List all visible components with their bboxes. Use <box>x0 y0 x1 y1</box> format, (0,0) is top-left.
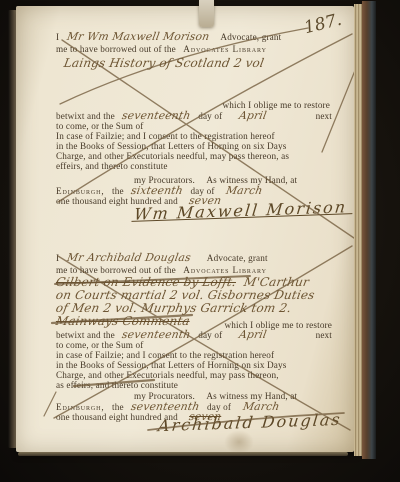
book-fore-edge <box>354 4 362 456</box>
entry1-signature: Wm Maxwell Morison <box>131 202 353 222</box>
entry2-book-line-4: Mainways Commenta which I oblige me to r… <box>56 316 342 327</box>
entry2-opening-line: I Mr Archibald Douglas Advocate, grant <box>56 253 342 263</box>
book-cover-edge <box>362 1 376 459</box>
entry2-betwixt-line: betwixt and the seventeenth day of April… <box>56 330 342 340</box>
entry1-betwixt-line: betwixt and the seventeenth day of April… <box>56 111 342 121</box>
entry1-signed-day: sixteenth <box>130 186 184 196</box>
entry2-borrower-name: Mr Archibald Douglas <box>66 253 191 263</box>
entry2-signature-line: Archibald Douglas <box>158 418 342 430</box>
entry1-signature-line: Wm Maxwell Morison <box>132 206 342 218</box>
entry2-book-line-3: of Men 2 vol. Murphys Garrick tom 2. <box>56 303 342 314</box>
form-library-name: Advocates Library <box>183 44 267 54</box>
form-library-name-2: Advocates Library <box>183 265 267 275</box>
form-advocate-grant: Advocate, grant <box>220 32 281 42</box>
page-marker-tab <box>199 0 214 27</box>
entry1-borrowed-line: me to have borrowed out of the Advocates… <box>56 44 342 54</box>
form-sum-text-2: to come, or the Sum of <box>56 340 144 350</box>
form-pronoun-2: I <box>56 253 59 263</box>
form-borrowed-text: me to have borrowed out of the <box>56 44 176 54</box>
entry2-sum-line: to come, or the Sum of <box>56 340 342 350</box>
entry1-return-month: April <box>238 111 267 121</box>
entry1-failzie-4: effeirs, and thereto constitute <box>56 161 342 171</box>
form-borrowed-text-2: me to have borrowed out of the <box>56 265 176 275</box>
entry1-failzie-3: Charge, and other Executorials needful, … <box>56 151 342 161</box>
form-edinburgh-text: Edinburgh, <box>56 186 105 196</box>
entry1-oblige-line: which I oblige me to restore <box>56 100 330 110</box>
form-next-text: next <box>316 111 332 121</box>
form-pronoun: I <box>56 32 59 42</box>
form-betwixt-text: betwixt and the <box>56 111 115 121</box>
form-next-text-2: next <box>316 330 332 340</box>
entry2-struck-book-title: Gilbert on Evidence by Lofft. <box>55 277 237 287</box>
entry2-failzie-2: in the Books of Session, that Letters of… <box>56 360 342 370</box>
entry2-return-month: April <box>238 330 267 340</box>
entry1-sum-line: to come, or the Sum of <box>56 121 342 131</box>
entry2-failzie-4: as effeirs, and thereto constitute <box>56 380 342 390</box>
ledger-page: 187. I Mr Wm Maxwell Morison Advocate, g… <box>16 6 354 452</box>
form-betwixt-text-2: betwixt and the <box>56 330 115 340</box>
entry1-opening-line: I Mr Wm Maxwell Morison Advocate, grant <box>56 32 342 42</box>
entry2-return-day: seventeenth <box>121 330 191 340</box>
entry2-struck-book-line4: Mainways Commenta <box>55 316 190 326</box>
form-the-text-2: the <box>112 402 124 412</box>
entry2-signature: Archibald Douglas <box>158 415 343 431</box>
entry2-failzie-1: in case of Failzie; and I consent to the… <box>56 350 342 360</box>
entry1-signed-month: March <box>225 186 263 196</box>
form-edinburgh-text-2: Edinburgh, <box>56 402 105 412</box>
entry2-signed-month: March <box>242 402 280 412</box>
entry2-book-line-2: on Courts martial 2 vol. Gisbornes Dutie… <box>56 290 342 301</box>
entry1-book-title: Laings History of Scotland 2 vol <box>64 58 342 69</box>
form-the-text: the <box>112 186 124 196</box>
entry1-failzie-2: in the Books of Session, that Letters of… <box>56 141 342 151</box>
entry1-borrower-name: Mr Wm Maxwell Morison <box>66 32 210 42</box>
entry1-failzie-1: In case of Failzie; and I consent to the… <box>56 131 342 141</box>
form-day-of-text: day of <box>198 111 222 121</box>
form-oblige-text: which I oblige me to restore <box>222 100 330 110</box>
entry2-book-line-1: Gilbert on Evidence by Lofft. M'Carthur <box>56 277 342 288</box>
entry2-book-line2-text: on Courts martial 2 vol. Gisbornes Dutie… <box>55 290 315 300</box>
entry1-return-day: seventeenth <box>121 111 191 121</box>
ink-smudge <box>224 430 254 454</box>
entry2-book-line3-text: of Men 2 vol. Murphys Garrick tom 2. <box>55 303 292 313</box>
entry2-failzie-3: Charge, and other Executorials needful, … <box>56 370 342 380</box>
form-day-of-text-3: day of <box>198 330 222 340</box>
form-advocate-grant-2: Advocate, grant <box>207 253 268 263</box>
entry2-book-line1-rest: M'Carthur <box>243 277 310 287</box>
bottom-page-edges <box>18 452 348 456</box>
form-sum-text: to come, or the Sum of <box>56 121 144 131</box>
entry1-book-title-text: Laings History of Scotland 2 vol <box>63 58 265 68</box>
entry2-borrowed-line: me to have borrowed out of the Advocates… <box>56 265 342 275</box>
